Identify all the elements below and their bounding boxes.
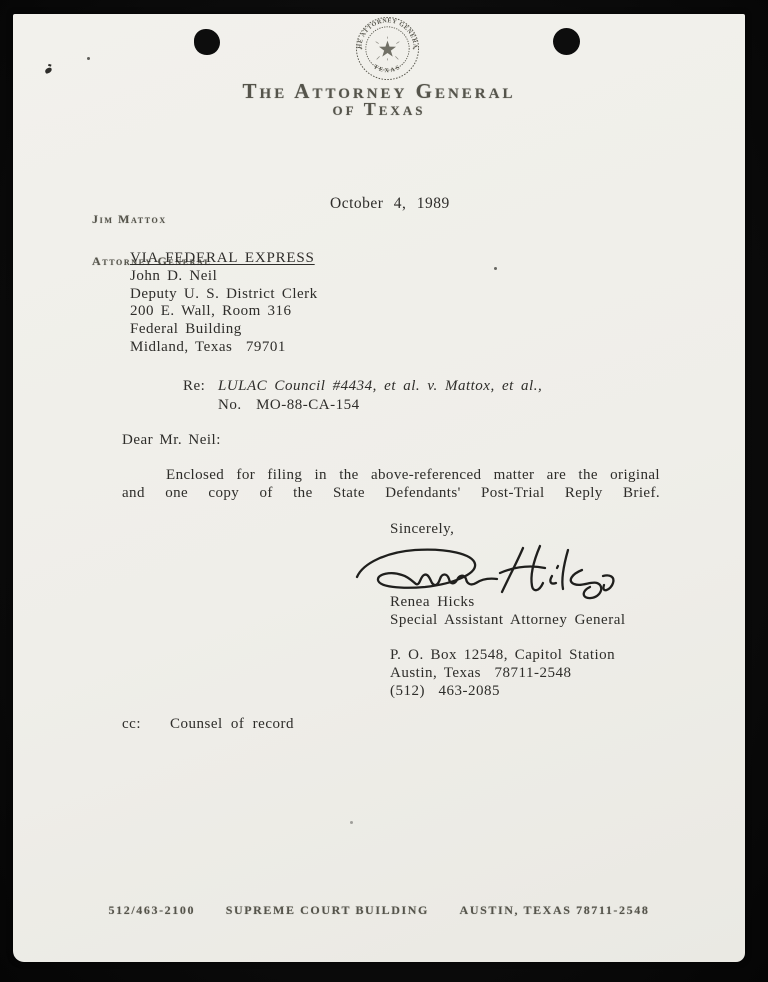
recipient-street: 200 E. Wall, Room 316 bbox=[130, 303, 318, 321]
signer-title: Special Assistant Attorney General bbox=[390, 612, 626, 630]
letterhead-title-line2: of Texas bbox=[13, 101, 745, 118]
ink-speck bbox=[494, 267, 497, 270]
svg-text:TEXAS: TEXAS bbox=[372, 64, 402, 74]
letterhead-title: The Attorney General of Texas bbox=[13, 82, 745, 118]
recipient-building: Federal Building bbox=[130, 321, 318, 339]
star-icon bbox=[379, 41, 396, 57]
footer-address: AUSTIN, TEXAS 78711-2548 bbox=[460, 903, 650, 917]
recipient-name: John D. Neil bbox=[130, 268, 318, 286]
signer-name: Renea Hicks bbox=[390, 594, 626, 612]
signer-block: Renea Hicks Special Assistant Attorney G… bbox=[390, 594, 626, 629]
delivery-method: VIA FEDERAL EXPRESS bbox=[130, 250, 318, 268]
seal-bottom-text: TEXAS bbox=[372, 64, 402, 74]
recipient-title: Deputy U. S. District Clerk bbox=[130, 286, 318, 304]
seal-separator-dot bbox=[413, 48, 415, 50]
punch-hole-right bbox=[553, 28, 580, 55]
official-name: Jim Mattox bbox=[92, 212, 211, 226]
ink-speck bbox=[350, 821, 353, 824]
signer-contact-block: P. O. Box 12548, Capitol Station Austin,… bbox=[390, 647, 615, 700]
signer-po-box: P. O. Box 12548, Capitol Station bbox=[390, 647, 615, 665]
ink-speck bbox=[87, 57, 90, 60]
case-name: LULAC Council #4434, et al. v. Mattox, e… bbox=[218, 377, 542, 396]
case-number: No. MO-88-CA-154 bbox=[218, 396, 542, 415]
letterhead-footer: 512/463-2100 SUPREME COURT BUILDING AUST… bbox=[13, 903, 745, 918]
cc-value: Counsel of record bbox=[170, 716, 294, 733]
attorney-general-seal: THE ATTORNEY GENERAL TEXAS bbox=[354, 15, 421, 82]
seal-separator-dot bbox=[361, 48, 363, 50]
svg-text:THE ATTORNEY GENERAL: THE ATTORNEY GENERAL bbox=[354, 15, 418, 49]
footer-phone: 512/463-2100 bbox=[109, 903, 196, 917]
letter-date: October 4, 1989 bbox=[330, 195, 450, 213]
footer-building: SUPREME COURT BUILDING bbox=[226, 903, 429, 917]
seal-top-text: THE ATTORNEY GENERAL bbox=[354, 15, 418, 49]
cc-block: cc: Counsel of record bbox=[122, 716, 294, 733]
reference-block: Re: LULAC Council #4434, et al. v. Matto… bbox=[183, 377, 542, 414]
closing: Sincerely, bbox=[390, 521, 454, 538]
reference-content: LULAC Council #4434, et al. v. Mattox, e… bbox=[218, 377, 542, 414]
letter-page: THE ATTORNEY GENERAL TEXAS The Attorney … bbox=[13, 14, 745, 962]
reference-label: Re: bbox=[183, 377, 218, 414]
signer-city: Austin, Texas 78711-2548 bbox=[390, 665, 615, 683]
cc-label: cc: bbox=[122, 716, 170, 733]
body-paragraph: Enclosed for filing in the above-referen… bbox=[122, 466, 660, 503]
ink-speck bbox=[44, 67, 52, 74]
salutation: Dear Mr. Neil: bbox=[122, 432, 221, 449]
signer-phone: (512) 463-2085 bbox=[390, 683, 615, 701]
recipient-city: Midland, Texas 79701 bbox=[130, 339, 318, 357]
punch-hole-left bbox=[194, 29, 220, 55]
recipient-address-block: VIA FEDERAL EXPRESS John D. Neil Deputy … bbox=[130, 250, 318, 357]
